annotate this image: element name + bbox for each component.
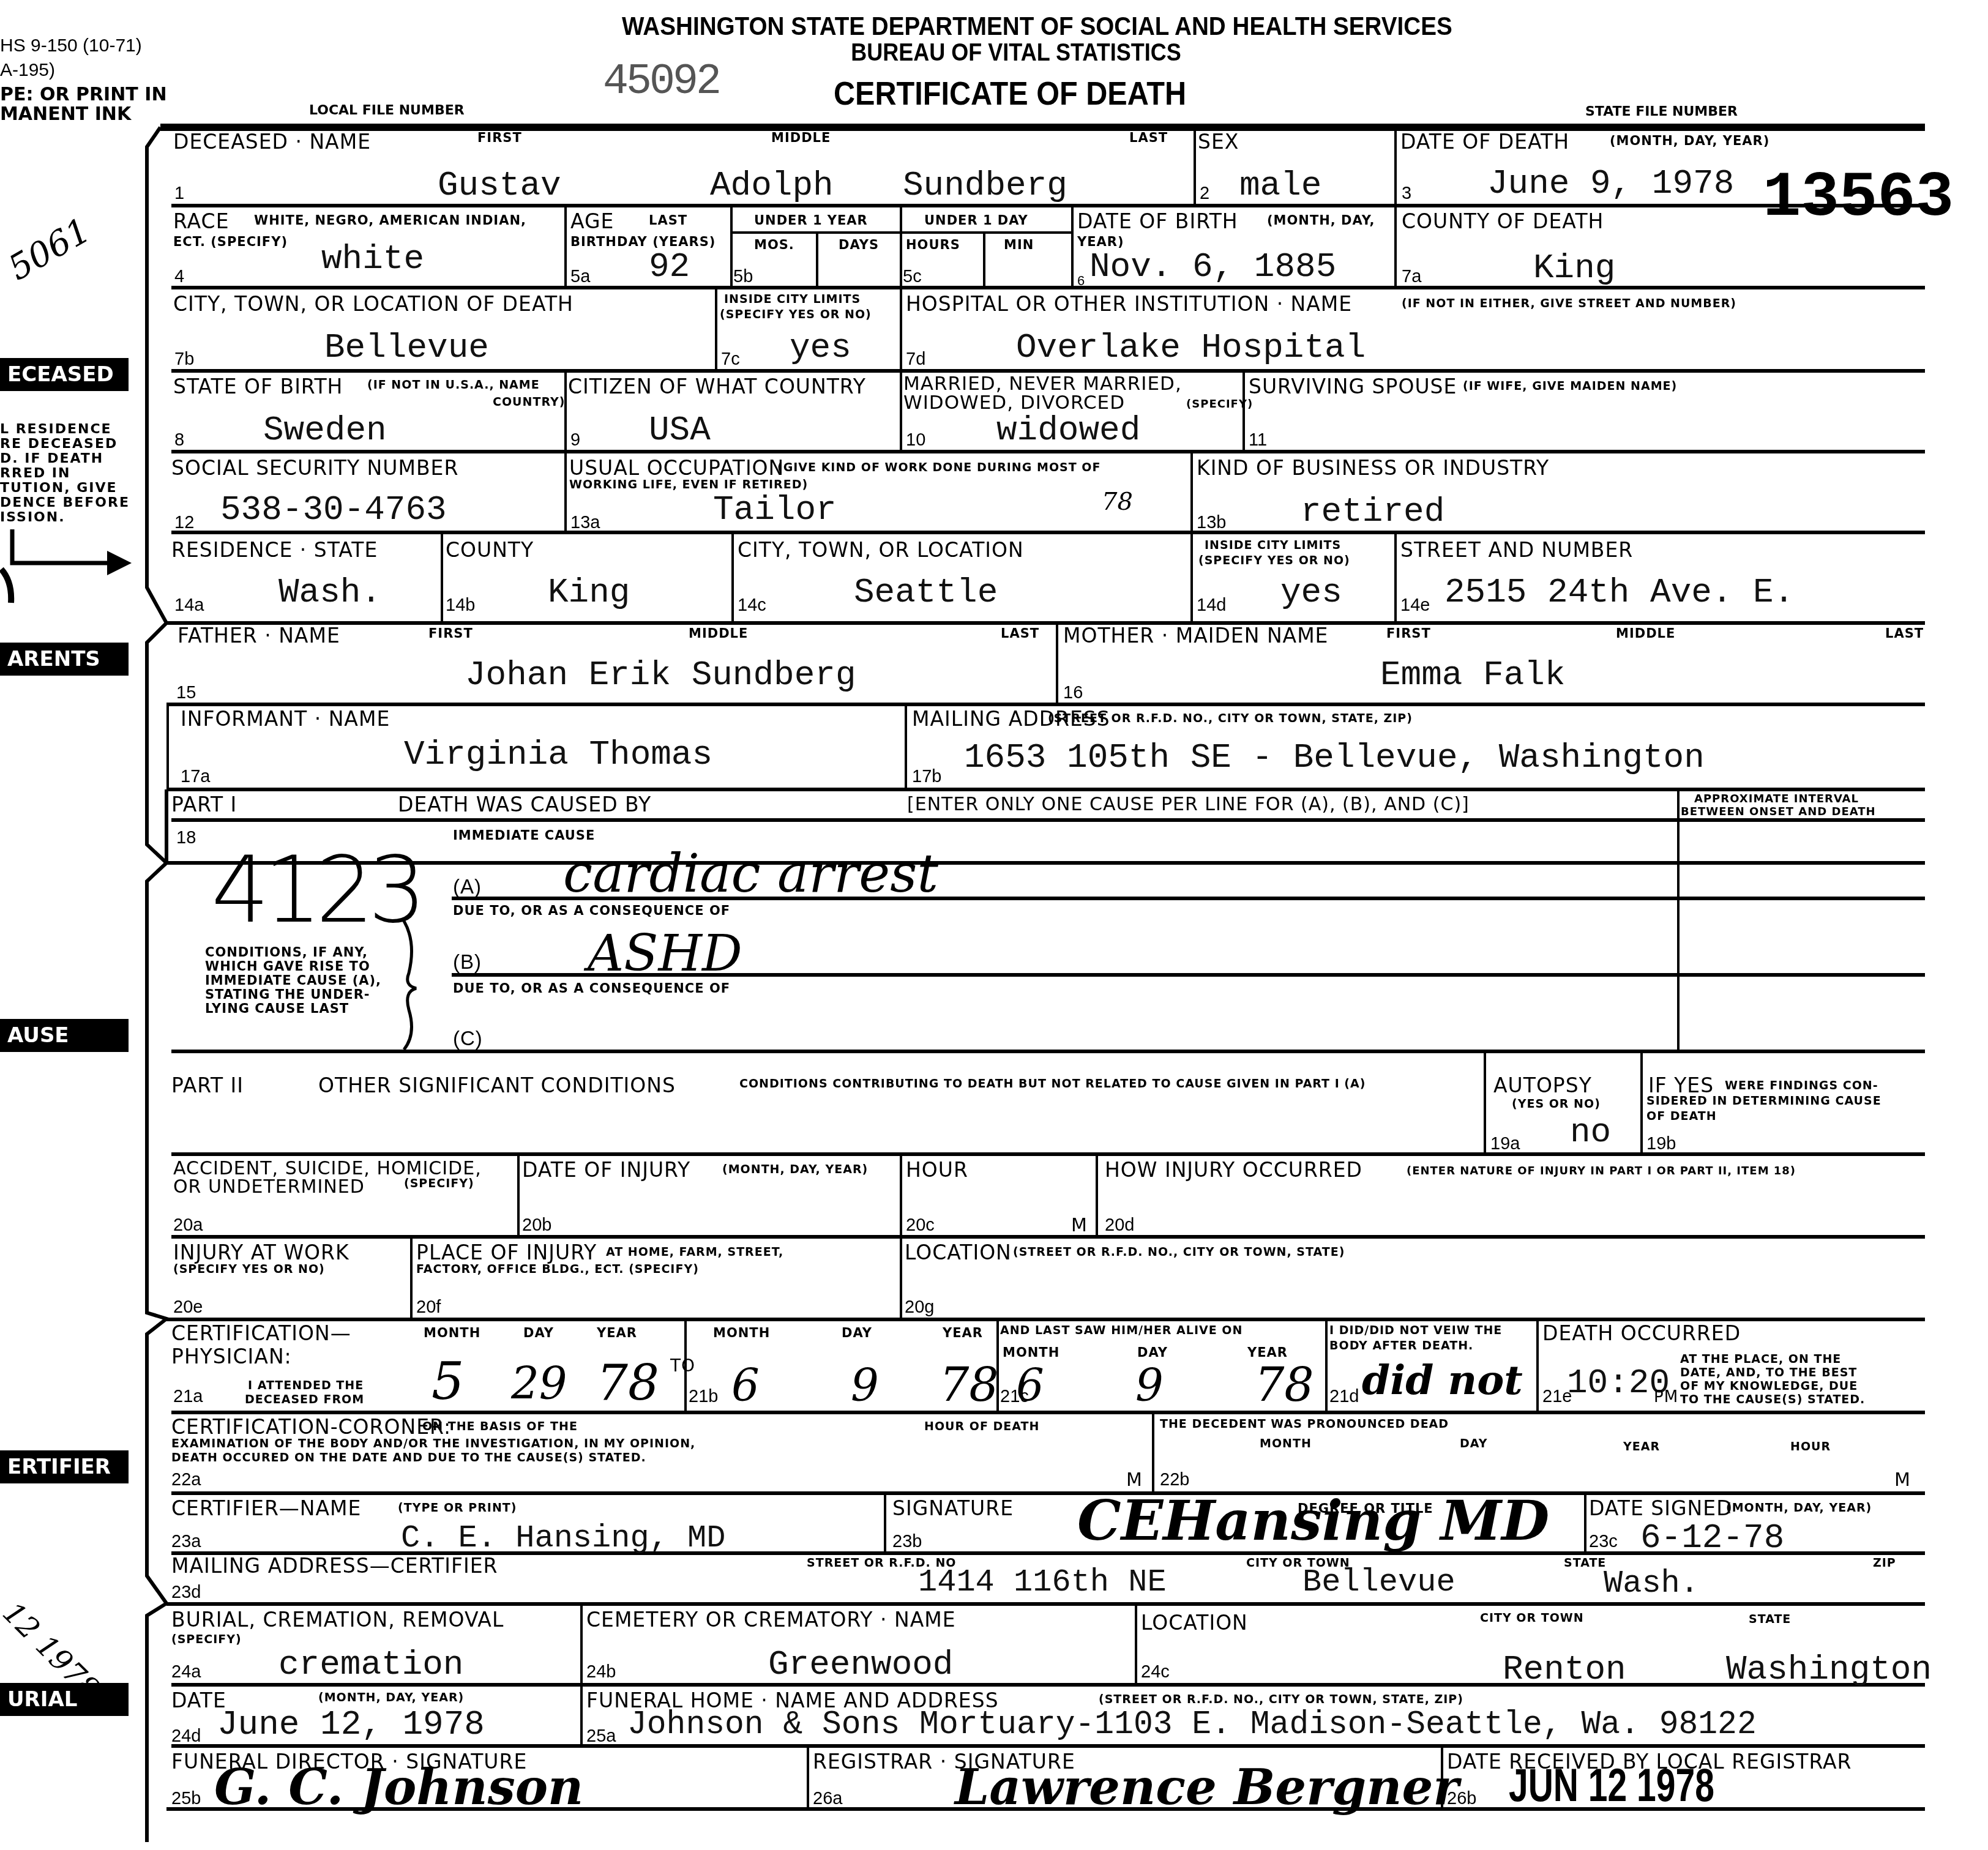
attended-from-label: I ATTENDED THE (248, 1380, 364, 1392)
other-conditions-label: OTHER SIGNIFICANT CONDITIONS (318, 1075, 676, 1095)
hospital-field[interactable]: Overlake Hospital (1016, 330, 1366, 365)
immediate-cause-label: IMMEDIATE CAUSE (453, 829, 595, 842)
state-of-birth-field[interactable]: Sweden (263, 413, 387, 447)
city-of-death-label: CITY, TOWN, OR LOCATION OF DEATH (173, 294, 574, 314)
funeral-home-field[interactable]: Johnson & Sons Mortuary-1103 E. Madison-… (627, 1709, 1757, 1741)
item-number: 24a (171, 1663, 201, 1681)
item-number: 20a (173, 1217, 203, 1234)
item-number: 2 (1200, 185, 1209, 203)
meridiem-label: M (1071, 1217, 1088, 1235)
item-number: 13b (1197, 514, 1226, 532)
age-field[interactable]: 92 (649, 250, 690, 284)
how-injury-occurred-label: HOW INJURY OCCURRED (1105, 1160, 1362, 1180)
street-field[interactable]: 2515 24th Ave. E. (1444, 575, 1794, 610)
cemetery-label: CEMETERY OR CREMATORY · NAME (586, 1609, 956, 1630)
burial-city-label: CITY OR TOWN (1480, 1613, 1584, 1624)
mother-last-label: LAST (1885, 627, 1924, 640)
place-of-injury-sublabel-2: FACTORY, OFFICE BLDG., ECT. (SPECIFY) (416, 1264, 699, 1275)
view-body-label-2: BODY AFTER DEATH. (1329, 1340, 1473, 1352)
item-number: 24b (586, 1663, 616, 1681)
injury-location-label: LOCATION (905, 1242, 1012, 1263)
burial-state-label: STATE (1749, 1614, 1791, 1625)
death-caused-by-label: DEATH WAS CAUSED BY (398, 794, 651, 815)
date-signed-field[interactable]: 6-12-78 (1640, 1521, 1784, 1555)
sex-label: SEX (1198, 132, 1239, 152)
pronounced-day-label: DAY (1460, 1438, 1487, 1450)
ssn-field[interactable]: 538-30-4763 (220, 493, 447, 527)
item-number: 19a (1490, 1135, 1520, 1153)
certifier-zip-label: ZIP (1873, 1557, 1896, 1569)
if-yes-label: IF YES (1648, 1075, 1714, 1095)
occupation-label: USUAL OCCUPATION (569, 458, 784, 478)
attended-to-day[interactable]: 9 (851, 1363, 879, 1408)
manner-of-death-label: ACCIDENT, SUICIDE, HOMICIDE, (173, 1160, 482, 1178)
item-number: 21b (689, 1388, 718, 1406)
item-number: 7d (906, 351, 925, 368)
date-signed-sublabel: (MONTH, DAY, YEAR) (1726, 1502, 1872, 1514)
item-number: 20f (416, 1299, 441, 1316)
attended-from-day[interactable]: 29 (511, 1362, 567, 1406)
to-day-label: DAY (842, 1327, 872, 1340)
state-of-birth-sublabel-2: COUNTRY) (493, 397, 565, 408)
death-occurred-note: AT THE PLACE, ON THE DATE, AND, TO THE B… (1680, 1352, 1865, 1406)
injury-at-work-label: INJURY AT WORK (173, 1242, 349, 1263)
mother-name-field[interactable]: Emma Falk (1380, 658, 1565, 692)
father-name-label: FATHER · NAME (177, 625, 340, 646)
date-of-birth-sublabel-2: YEAR) (1077, 236, 1124, 248)
brace-icon (398, 918, 422, 1053)
deceased-name-label: DECEASED · NAME (173, 132, 371, 152)
certifier-name-field[interactable]: C. E. Hansing, MD (401, 1523, 726, 1554)
cause-a-field[interactable]: cardiac arrest (563, 848, 938, 900)
coroner-note: ON THE BASIS OF THE (422, 1421, 578, 1433)
to-label: TO (670, 1357, 695, 1374)
item-number: 8 (174, 431, 184, 449)
autopsy-field[interactable]: no (1570, 1115, 1611, 1149)
last-saw-year[interactable]: 78 (1255, 1362, 1314, 1408)
item-number: 7c (721, 351, 740, 368)
city-of-death-field[interactable]: Bellevue (324, 330, 489, 365)
item-number: 16 (1063, 684, 1083, 702)
item-number: 11 (1249, 431, 1267, 449)
citizenship-field[interactable]: USA (649, 413, 711, 447)
item-number: 10 (906, 431, 925, 449)
date-of-birth-field[interactable]: Nov. 6, 1885 (1089, 250, 1336, 284)
item-number: 14c (738, 597, 766, 614)
registrar-signature[interactable]: Lawrence Bergner (955, 1762, 1459, 1811)
hour-of-death-label: HOUR OF DEATH (924, 1421, 1039, 1433)
if-yes-sublabel: WERE FINDINGS CON- (1725, 1080, 1878, 1092)
pronounced-meridiem: M (1894, 1471, 1911, 1490)
death-occurred-note-line: AT THE PLACE, ON THE (1680, 1352, 1865, 1366)
race-sublabel: WHITE, NEGRO, AMERICAN INDIAN, (254, 214, 526, 227)
occupation-field[interactable]: Tailor (713, 493, 837, 527)
residence-state-field[interactable]: Wash. (278, 575, 381, 610)
place-of-injury-label: PLACE OF INJURY (416, 1242, 597, 1263)
conditions-note: CONDITIONS, IF ANY, WHICH GAVE RISE TO I… (205, 946, 381, 1016)
funeral-director-signature[interactable]: G. C. Johnson (214, 1762, 583, 1811)
cause-b-field[interactable]: ASHD (588, 929, 742, 979)
certifier-street-field[interactable]: 1414 116th NE (918, 1567, 1167, 1598)
cause-instruction: [ENTER ONLY ONE CAUSE PER LINE FOR (a), … (907, 796, 1470, 814)
conditions-note-line: LYING CAUSE LAST (205, 1002, 381, 1016)
occupation-sublabel: (GIVE KIND OF WORK DONE DURING MOST OF (777, 462, 1100, 474)
physician-certification-label: CERTIFICATION— (171, 1323, 351, 1343)
conditions-note-line: STATING THE UNDER- (205, 988, 381, 1002)
occupation-code: 78 (1102, 490, 1133, 514)
hours-label: HOURS (906, 239, 960, 252)
item-number: 20g (905, 1299, 934, 1316)
item-number: 17b (912, 768, 941, 786)
interval-label: APPROXIMATE INTERVAL (1694, 794, 1859, 805)
inside-city-limits-label: INSIDE CITY LIMITS (724, 294, 861, 305)
certifier-name-label: CERTIFIER—NAME (171, 1498, 361, 1518)
inside-city-limits-sublabel: (SPECIFY YES OR NO) (720, 309, 872, 321)
under-1-year-label: UNDER 1 YEAR (754, 214, 868, 227)
certifier-state-field[interactable]: Wash. (1604, 1568, 1699, 1600)
attended-from-year[interactable]: 78 (597, 1359, 659, 1408)
item-number: 14b (446, 597, 475, 614)
surviving-spouse-sublabel: (IF WIFE, GIVE MAIDEN NAME) (1463, 381, 1677, 392)
last-saw-alive-label: AND LAST SAW HIM/HER ALIVE ON (1000, 1325, 1242, 1337)
marital-status-sublabel: (SPECIFY) (1186, 399, 1253, 410)
cause-c-label: (c) (453, 1028, 483, 1048)
surviving-spouse-label: SURVIVING SPOUSE (1249, 376, 1457, 397)
item-number: 5a (570, 268, 590, 286)
certifier-name-sublabel: (TYPE OR PRINT) (398, 1502, 517, 1514)
pronounced-dead-label: THE DECEDENT WAS PRONOUNCED DEAD (1160, 1419, 1449, 1430)
item-number: 5b (733, 268, 753, 286)
other-conditions-sublabel: CONDITIONS CONTRIBUTING TO DEATH BUT NOT… (739, 1078, 1366, 1090)
residence-city-field[interactable]: Seattle (854, 575, 998, 610)
item-number: 22a (171, 1471, 201, 1489)
date-of-birth-label: DATE OF BIRTH (1077, 211, 1238, 231)
certifier-state-label: STATE (1564, 1557, 1606, 1569)
coroner-note-3: DEATH OCCURED ON THE DATE AND DUE TO THE… (171, 1452, 646, 1464)
minutes-label: MIN (1004, 239, 1034, 252)
father-first-label: FIRST (428, 627, 473, 640)
conditions-note-line: IMMEDIATE CAUSE (a), (205, 974, 381, 988)
item-number: 3 (1402, 185, 1411, 203)
informant-mailing-sublabel: (STREET OR R.F.D. NO., CITY OR TOWN, STA… (1048, 713, 1413, 725)
part-1-label: PART I (171, 794, 237, 815)
item-number: 15 (176, 684, 196, 702)
pronounced-year-label: YEAR (1623, 1441, 1660, 1453)
death-occurred-note-line: OF MY KNOWLEDGE, DUE (1680, 1379, 1865, 1393)
inside-city-death-field[interactable]: yes (790, 330, 851, 365)
signature-label: SIGNATURE (892, 1498, 1014, 1518)
from-day-label: DAY (523, 1327, 554, 1340)
attended-to-year[interactable]: 78 (940, 1362, 999, 1408)
age-label: AGE (570, 211, 614, 231)
due-to-label: DUE TO, OR AS A CONSEQUENCE OF (453, 904, 730, 917)
coroner-certification-label: CERTIFICATION-CORONER: (171, 1417, 451, 1437)
race-sublabel-2: ECT. (SPECIFY) (173, 236, 288, 248)
inside-city-limits-sublabel: (SPECIFY YES OR NO) (1198, 555, 1350, 567)
injury-location-sublabel: (STREET OR R.F.D. NO., CITY OR TOWN, STA… (1013, 1247, 1345, 1258)
marital-status-label-2: WIDOWED, DIVORCED (903, 393, 1125, 412)
last-saw-month-label: MONTH (1003, 1346, 1059, 1359)
item-number: 6 (1077, 274, 1085, 288)
first-name-label: FIRST (477, 132, 522, 144)
business-label: KIND OF BUSINESS OR INDUSTRY (1197, 458, 1549, 478)
if-yes-sublabel-3: OF DEATH (1646, 1111, 1717, 1122)
middle-name-label: MIDDLE (771, 132, 831, 144)
physician-certification-label-2: PHYSICIAN: (171, 1346, 292, 1367)
marital-status-label: MARRIED, NEVER MARRIED, (903, 375, 1182, 393)
if-yes-sublabel-2: SIDERED IN DETERMINING CAUSE (1646, 1095, 1881, 1107)
funeral-home-sublabel: (STREET OR R.F.D. NO., CITY OR TOWN, STA… (1099, 1694, 1463, 1706)
citizenship-label: CITIZEN OF WHAT COUNTRY (568, 376, 866, 397)
injury-at-work-sublabel: (SPECIFY YES OR NO) (173, 1264, 325, 1275)
race-label: RACE (173, 211, 229, 231)
item-number: 5c (903, 268, 922, 286)
father-name-field[interactable]: Johan Erik Sundberg (465, 658, 856, 692)
burial-state-field[interactable]: Washington (1726, 1652, 1932, 1687)
from-year-label: YEAR (597, 1327, 637, 1340)
part-2-label: PART II (171, 1075, 244, 1095)
last-saw-month[interactable]: 6 (1016, 1363, 1044, 1408)
item-number: 20d (1105, 1217, 1134, 1234)
pronounced-hour-label: HOUR (1790, 1441, 1831, 1453)
date-of-death-field[interactable]: June 9, 1978 (1487, 166, 1734, 201)
deceased-middle-name[interactable]: Adolph (710, 168, 834, 203)
months-label: MOS. (754, 239, 794, 252)
certifier-mailing-label: MAILING ADDRESS—CERTIFIER (171, 1556, 498, 1576)
date-of-injury-label: DATE OF INJURY (522, 1160, 690, 1180)
father-last-label: LAST (1001, 627, 1039, 640)
manner-of-death-sublabel: (SPECIFY) (404, 1178, 474, 1190)
to-year-label: YEAR (943, 1327, 983, 1340)
autopsy-sublabel: (YES OR NO) (1512, 1098, 1601, 1110)
date-signed-label: DATE SIGNED (1589, 1498, 1733, 1518)
item-number: 17a (181, 768, 210, 786)
item-number: 14a (174, 597, 204, 614)
cause-a-label: (a) (453, 876, 482, 897)
ssn-label: SOCIAL SECURITY NUMBER (171, 458, 458, 478)
deceased-last-name[interactable]: Sundberg (903, 168, 1067, 203)
item-number: 23b (892, 1533, 922, 1551)
item-number: 23d (171, 1584, 201, 1602)
to-month-label: MONTH (713, 1327, 770, 1340)
race-field[interactable]: white (321, 242, 424, 276)
state-of-birth-label: STATE OF BIRTH (173, 376, 343, 397)
coroner-note-2: EXAMINATION OF THE BODY AND/OR THE INVES… (171, 1438, 695, 1450)
disposition-label: BURIAL, CREMATION, REMOVAL (171, 1609, 504, 1630)
hospital-sublabel: (IF NOT IN EITHER, GIVE STREET AND NUMBE… (1402, 298, 1736, 310)
item-number: 18 (176, 829, 196, 847)
street-label: STREET AND NUMBER (1400, 540, 1633, 560)
manner-of-death-label-2: OR UNDETERMINED (173, 1178, 365, 1196)
item-number: 7a (1402, 268, 1421, 286)
item-number: 23a (171, 1533, 201, 1551)
item-number: 9 (570, 431, 580, 449)
item-number: 25b (171, 1790, 201, 1808)
mother-first-label: FIRST (1386, 627, 1431, 640)
under-1-day-label: UNDER 1 DAY (924, 214, 1028, 227)
death-occurred-label: DEATH OCCURRED (1542, 1323, 1741, 1343)
item-number: 4 (174, 268, 184, 286)
item-number: 20c (906, 1217, 935, 1234)
item-number: 14d (1197, 597, 1226, 614)
occupation-sublabel-2: WORKING LIFE, EVEN IF RETIRED) (569, 479, 808, 491)
certifier-signature[interactable]: CEHansing MD (1077, 1493, 1549, 1548)
hospital-label: HOSPITAL OR OTHER INSTITUTION · NAME (906, 294, 1352, 314)
item-number: 23c (1589, 1533, 1618, 1551)
disposition-field[interactable]: cremation (278, 1647, 463, 1682)
item-number: 24c (1141, 1663, 1170, 1681)
item-number: 26a (813, 1790, 842, 1808)
burial-location-label: LOCATION (1141, 1613, 1248, 1633)
due-to-label: DUE TO, OR AS A CONSEQUENCE OF (453, 982, 730, 995)
mother-maiden-name-label: MOTHER · MAIDEN NAME (1063, 625, 1328, 646)
item-number: 24d (171, 1728, 201, 1745)
disposition-sublabel: (SPECIFY) (171, 1634, 242, 1646)
interval-label-2: BETWEEN ONSET AND DEATH (1681, 807, 1876, 818)
item-number: 26b (1447, 1790, 1476, 1808)
item-number: 20e (173, 1299, 203, 1316)
death-time-meridiem: PM (1654, 1389, 1678, 1405)
item-number: 12 (174, 514, 194, 532)
age-sublabel-2: BIRTHDAY (YEARS) (570, 236, 716, 248)
date-of-birth-sublabel: (MONTH, DAY, (1267, 214, 1375, 227)
item-number: 1 (174, 185, 184, 203)
cause-code: 4123 (211, 845, 420, 936)
view-body-label: I DID/DID NOT VEIW THE (1329, 1325, 1502, 1337)
pronounced-month-label: MONTH (1260, 1438, 1312, 1450)
last-name-label: LAST (1129, 132, 1168, 144)
death-occurred-note-line: TO THE CAUSE(S) STATED. (1680, 1393, 1865, 1406)
from-month-label: MONTH (424, 1327, 480, 1340)
item-number: 14e (1400, 597, 1430, 614)
place-of-injury-sublabel: AT HOME, FARM, STREET, (606, 1247, 783, 1258)
attended-to-month[interactable]: 6 (731, 1363, 760, 1408)
marital-status-field[interactable]: widowed (996, 413, 1140, 447)
burial-city-field[interactable]: Renton (1503, 1652, 1626, 1687)
last-saw-day-label: DAY (1137, 1346, 1168, 1359)
residence-state-label: RESIDENCE · STATE (171, 540, 378, 560)
father-middle-label: MIDDLE (689, 627, 748, 640)
item-number: 21a (173, 1388, 203, 1406)
residence-inside-city-field[interactable]: yes (1280, 575, 1342, 610)
certifier-city-field[interactable]: Bellevue (1302, 1567, 1455, 1598)
date-of-injury-sublabel: (MONTH, DAY, YEAR) (722, 1164, 868, 1176)
hour-of-injury-label: HOUR (906, 1160, 968, 1180)
informant-mailing-field[interactable]: 1653 105th SE - Bellevue, Washington (964, 740, 1705, 775)
attended-from-label-2: DECEASED FROM (245, 1394, 364, 1406)
item-number: 22b (1160, 1471, 1189, 1489)
hour-of-death-meridiem: M (1126, 1471, 1143, 1490)
last-saw-day[interactable]: 9 (1135, 1363, 1164, 1408)
mother-middle-label: MIDDLE (1616, 627, 1675, 640)
item-number: 7b (174, 351, 194, 368)
conditions-note-line: WHICH GAVE RISE TO (205, 960, 381, 974)
item-number: 21d (1329, 1388, 1359, 1406)
burial-date-field[interactable]: June 12, 1978 (217, 1707, 485, 1742)
conditions-note-line: CONDITIONS, IF ANY, (205, 946, 381, 960)
residence-county-field[interactable]: King (548, 575, 630, 610)
informant-name-label: INFORMANT · NAME (181, 709, 390, 729)
sex-field[interactable]: male (1239, 168, 1321, 203)
autopsy-label: AUTOPSY (1493, 1075, 1592, 1095)
item-number: 13a (570, 514, 600, 532)
county-of-death-field[interactable]: King (1533, 251, 1615, 285)
residence-county-label: COUNTY (446, 540, 534, 560)
informant-name-field[interactable]: Virginia Thomas (404, 737, 712, 772)
state-of-birth-sublabel: (IF NOT IN U.S.A., NAME (367, 379, 540, 391)
date-of-death-label: DATE OF DEATH (1400, 132, 1569, 152)
cemetery-field[interactable]: Greenwood (768, 1647, 953, 1682)
item-number: 20b (522, 1217, 551, 1234)
item-number: 19b (1646, 1135, 1676, 1153)
deceased-first-name[interactable]: Gustav (438, 168, 561, 203)
residence-city-label: CITY, TOWN, OR LOCATION (738, 540, 1024, 560)
inside-city-limits-label: INSIDE CITY LIMITS (1205, 540, 1341, 551)
cause-b-label: (b) (453, 952, 482, 972)
view-body-field[interactable]: did not (1362, 1360, 1523, 1400)
attended-from-month[interactable]: 5 (432, 1356, 464, 1407)
date-of-death-sublabel: (MONTH, DAY, YEAR) (1610, 135, 1769, 147)
burial-date-sublabel: (MONTH, DAY, YEAR) (318, 1692, 464, 1704)
business-field[interactable]: retired (1301, 494, 1444, 529)
days-label: DAYS (839, 239, 879, 252)
item-number: 25a (586, 1728, 616, 1745)
death-occurred-note-line: DATE, AND, TO THE BEST (1680, 1366, 1865, 1379)
age-sublabel: LAST (649, 214, 687, 227)
date-received-stamp: JUN 12 1978 (1509, 1762, 1714, 1809)
county-of-death-label: COUNTY OF DEATH (1402, 211, 1604, 231)
how-injury-occurred-sublabel: (ENTER NATURE OF INJURY IN PART I OR PAR… (1407, 1166, 1796, 1177)
